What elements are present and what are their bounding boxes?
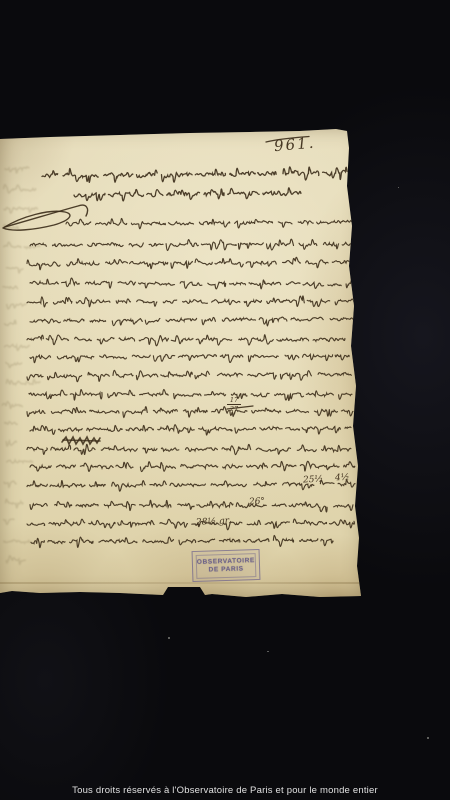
handwritten-line xyxy=(27,335,345,346)
legible-fragment: 26° xyxy=(249,497,265,508)
legible-date-fraction: 17 27 xyxy=(227,396,241,413)
legible-fragment: 25½ xyxy=(303,474,324,485)
bleedthrough-mark xyxy=(4,540,31,543)
crossed-out-word xyxy=(63,440,100,441)
copyright-caption: Tous droits réservés à l'Observatoire de… xyxy=(0,785,450,796)
bleedthrough-mark xyxy=(4,481,16,487)
date-numerator: 17 xyxy=(227,396,241,404)
legible-fragment: 28½ gr. xyxy=(196,516,231,528)
handwritten-line xyxy=(30,425,351,435)
handwritten-line xyxy=(27,257,354,269)
bleedthrough-mark xyxy=(5,320,16,325)
handwritten-line xyxy=(29,389,352,400)
handwritten-line xyxy=(66,218,352,228)
archive-photograph: 961. 17 27 25½ 4½ 26° 28½ gr. OBSERVATOI… xyxy=(0,0,450,800)
handwritten-line xyxy=(27,407,353,418)
handwritten-line xyxy=(30,354,349,362)
bleedthrough-mark xyxy=(5,167,29,173)
manuscript-page: 961. 17 27 25½ 4½ 26° 28½ gr. OBSERVATOI… xyxy=(0,126,364,598)
handwritten-line xyxy=(27,519,354,530)
handwriting-ink xyxy=(0,126,364,598)
bleedthrough-mark xyxy=(5,345,30,351)
handwritten-line xyxy=(30,317,353,326)
handwritten-line xyxy=(30,500,353,512)
bleedthrough-mark xyxy=(6,441,16,446)
date-denominator: 27 xyxy=(227,404,241,413)
bleedthrough-mark xyxy=(6,379,39,384)
dust-speck xyxy=(267,651,269,652)
bleedthrough-mark xyxy=(6,363,22,368)
bleedthrough-mark xyxy=(3,286,17,288)
stamp-line-2: DE PARIS xyxy=(209,565,244,573)
bleedthrough-mark xyxy=(7,267,23,273)
stamp-border: OBSERVATOIRE DE PARIS xyxy=(196,553,257,579)
dust-speck xyxy=(427,737,429,739)
observatoire-stamp: OBSERVATOIRE DE PARIS xyxy=(192,549,261,582)
handwritten-line xyxy=(27,296,354,307)
dust-speck xyxy=(168,637,170,639)
bleedthrough-mark xyxy=(6,499,23,508)
bleedthrough-mark xyxy=(7,460,33,463)
bleedthrough-mark xyxy=(4,207,37,213)
paper-crease xyxy=(0,582,364,584)
handwritten-line xyxy=(30,278,352,289)
bleedthrough-mark xyxy=(5,422,17,425)
stamp-line-1: OBSERVATOIRE xyxy=(197,557,255,566)
bleedthrough-mark xyxy=(7,304,26,309)
bleedthrough-mark xyxy=(6,556,25,565)
handwritten-line xyxy=(31,535,333,547)
handwritten-line xyxy=(42,167,347,182)
handwritten-line xyxy=(30,461,355,471)
bleedthrough-mark xyxy=(2,402,22,409)
handwritten-line xyxy=(27,444,351,454)
bleedthrough-mark xyxy=(4,519,14,524)
legible-fragment: 4½ xyxy=(335,473,350,484)
bleedthrough-mark xyxy=(4,185,36,193)
handwritten-line xyxy=(30,239,353,250)
handwritten-line xyxy=(27,370,351,381)
handwritten-line xyxy=(74,188,301,201)
handwritten-lines xyxy=(3,137,355,548)
dust-speck xyxy=(398,187,399,188)
